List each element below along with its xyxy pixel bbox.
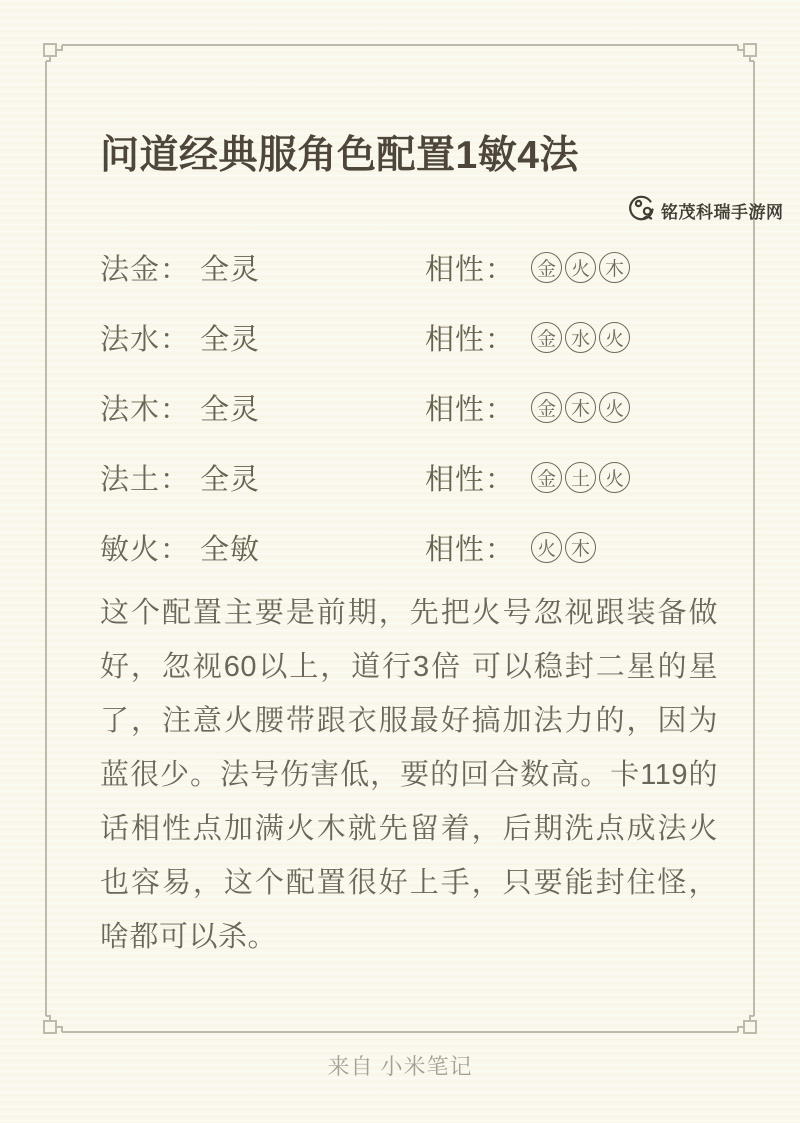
watermark-badge: 铭茂科瑞手游网	[627, 193, 784, 227]
element-circle: 木	[565, 392, 596, 423]
element-circles: 金 火 木	[531, 252, 630, 283]
element-circle: 火	[599, 322, 630, 353]
element-circle: 木	[599, 252, 630, 283]
page-title: 问道经典服角色配置1敏4法	[100, 124, 720, 180]
element-circle: 木	[565, 532, 596, 563]
row-value: 全敏	[200, 527, 330, 568]
element-circles: 火 木	[531, 532, 596, 563]
config-row: 法土： 全灵 相性： 金 土 火	[100, 442, 720, 512]
affinity-label: 相性：	[425, 387, 525, 428]
element-circles: 金 土 火	[531, 462, 630, 493]
row-label: 法金：	[100, 247, 200, 288]
element-circle: 水	[565, 322, 596, 353]
config-row: 法水： 全灵 相性： 金 水 火	[100, 302, 720, 372]
config-row: 法金： 全灵 相性： 金 火 木	[100, 232, 720, 302]
watermark-text: 铭茂科瑞手游网	[661, 198, 784, 223]
affinity-label: 相性：	[425, 457, 525, 498]
affinity-label: 相性：	[425, 317, 525, 358]
element-circle: 金	[531, 252, 562, 283]
element-circle: 金	[531, 322, 562, 353]
affinity-label: 相性：	[425, 527, 525, 568]
frame-corner-top-left	[44, 44, 62, 61]
element-circles: 金 木 火	[531, 392, 630, 423]
element-circle: 火	[599, 392, 630, 423]
element-circles: 金 水 火	[531, 322, 630, 353]
config-row: 法木： 全灵 相性： 金 木 火	[100, 372, 720, 442]
element-circle: 金	[531, 462, 562, 493]
affinity-label: 相性：	[425, 247, 525, 288]
frame-corner-bottom-right	[738, 1016, 756, 1033]
row-label: 法木：	[100, 387, 200, 428]
mascot-circle-icon	[627, 192, 656, 229]
frame-corner-top-right	[738, 44, 756, 61]
row-label: 法水：	[100, 317, 200, 358]
element-circle: 金	[531, 392, 562, 423]
row-label: 敏火：	[100, 527, 200, 568]
source-footer: 来自 小米笔记	[0, 1050, 800, 1081]
row-value: 全灵	[200, 247, 330, 288]
element-circle: 土	[565, 462, 596, 493]
config-row: 敏火： 全敏 相性： 火 木	[100, 512, 720, 582]
frame-corner-bottom-left	[44, 1016, 62, 1033]
row-value: 全灵	[200, 457, 330, 498]
element-circle: 火	[599, 462, 630, 493]
element-circle: 火	[565, 252, 596, 283]
row-value: 全灵	[200, 317, 330, 358]
element-circle: 火	[531, 532, 562, 563]
row-label: 法土：	[100, 457, 200, 498]
row-value: 全灵	[200, 387, 330, 428]
config-list: 法金： 全灵 相性： 金 火 木 法水： 全灵 相性： 金 水 火 法木： 全灵…	[100, 232, 720, 582]
note-paragraph: 这个配置主要是前期，先把火号忽视跟装备做好，忽视60以上，道行3倍 可以稳封二星…	[100, 586, 718, 964]
